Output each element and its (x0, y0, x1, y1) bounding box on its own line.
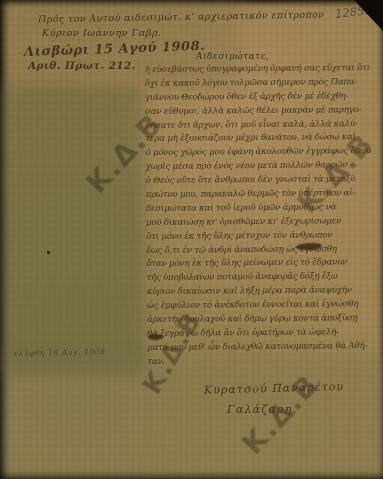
scanned-letter-photo: Κ.Δ.Β Κ.Δ.Β Κ.Δ.Β Κ.Δ.Β 12853 Πρός τον Α… (0, 0, 383, 479)
paper-shade-left (0, 86, 144, 374)
signature-surname: Γαλάζαρη. (227, 403, 297, 416)
paper-speck (47, 251, 50, 254)
received-note: ελήφθη 16 Αυγ. 1908 (14, 347, 106, 358)
address-line-1: Πρός τον Αυτού αιδεσιμώτ. κ' αρχιερατικό… (38, 10, 325, 26)
salutation: Αιδεσιμώτατε, (196, 52, 269, 62)
ink-smudge (148, 334, 163, 340)
letter-body: ἡ εὐσεβάστως ὑπογραφομένη ὀρφανή σας εὔχ… (145, 62, 383, 370)
protocol-number: Αριθ. Πρωτ. 212. (28, 60, 136, 72)
address-line-2: Κύριον Ιωάννην Γαβρ. (42, 28, 162, 39)
handwritten-line: ταν. (147, 354, 382, 370)
date-line: Λισβώρι 15 Αγού 1908. (24, 39, 206, 60)
signature-name: Κυρατσού Παναρέτου (204, 380, 344, 397)
folded-corner (354, 0, 383, 31)
letter-paper: Κ.Δ.Β Κ.Δ.Β Κ.Δ.Β Κ.Δ.Β 12853 Πρός τον Α… (0, 0, 383, 479)
paper-shade-bottom (0, 356, 383, 479)
